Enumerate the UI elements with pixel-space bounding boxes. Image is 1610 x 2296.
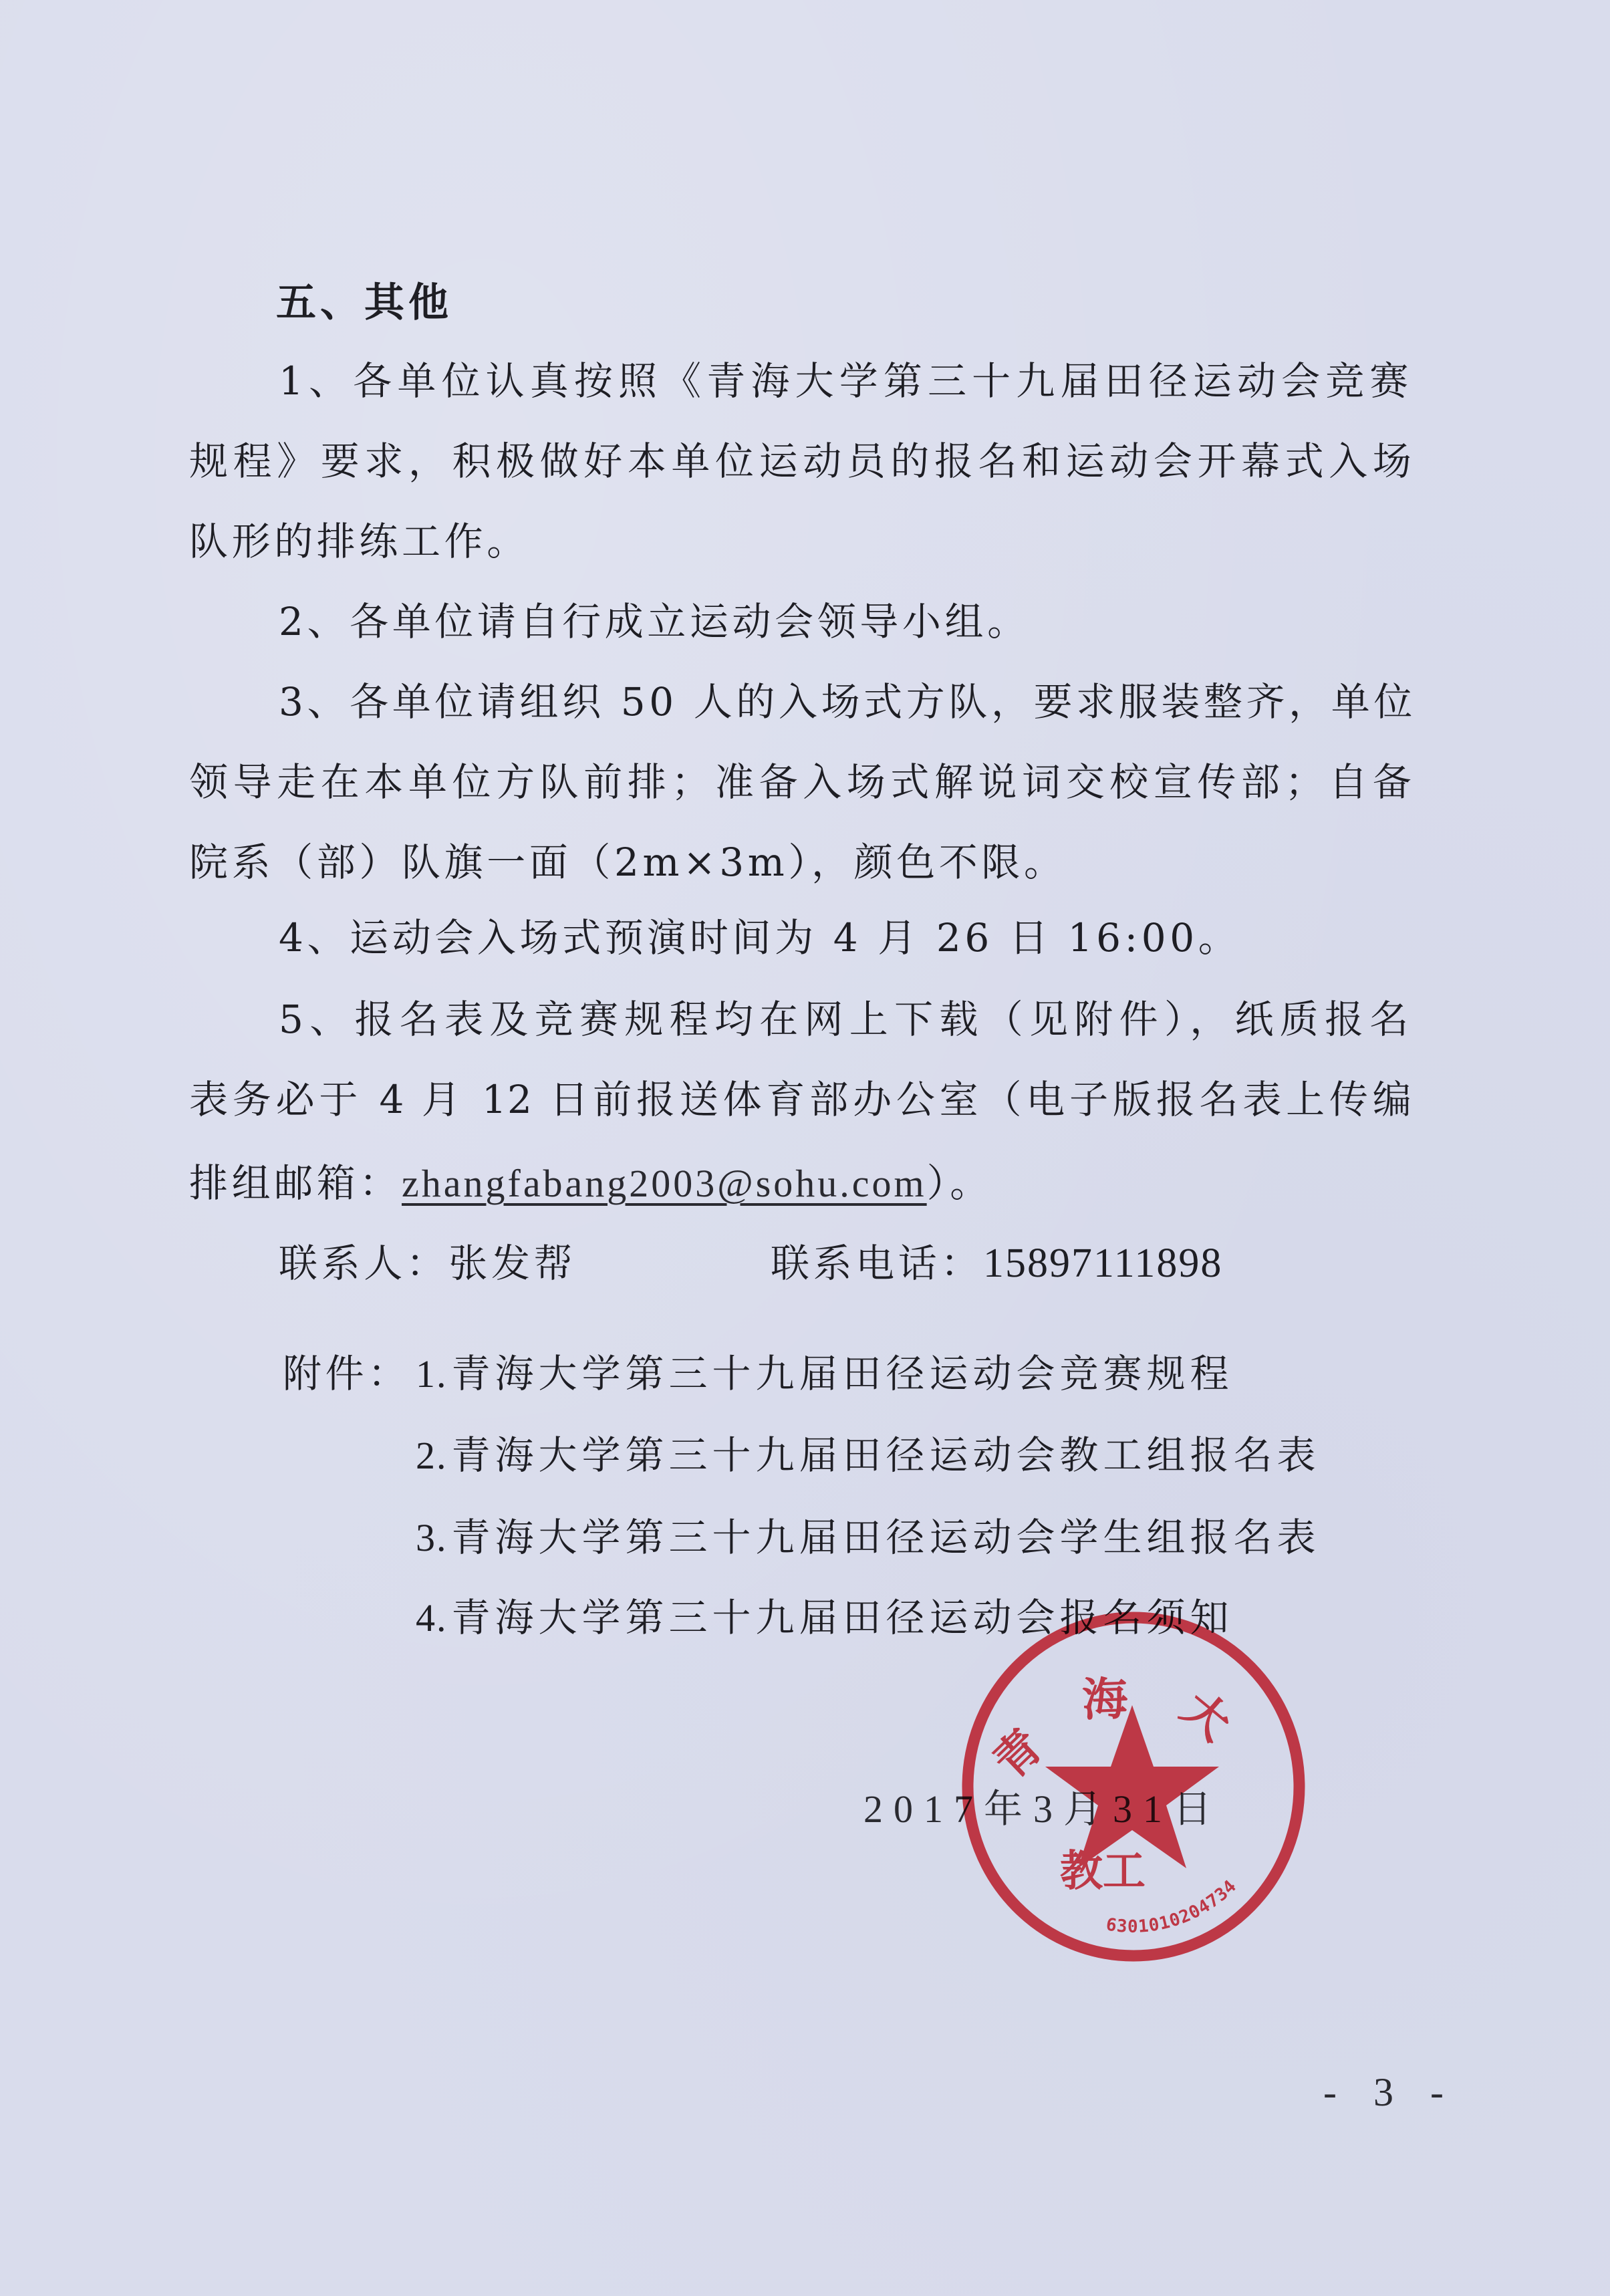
attachment-title: 青海大学第三十九届田径运动会教工组报名表 (452, 1432, 1321, 1478)
attachments-label: 附件： (283, 1333, 410, 1414)
paragraph-5-line-1: 5、报名表及竞赛规程均在网上下载（见附件），纸质报名 (279, 979, 1412, 1059)
attachment-title: 青海大学第三十九届田径运动会竞赛规程 (452, 1351, 1234, 1396)
paragraph-3-line-1: 3、各单位请组织 50 人的入场式方队，要求服装整齐，单位 (279, 662, 1412, 742)
seal-bottom-text: 教工 (1060, 1847, 1146, 1896)
paragraph-5-line-3: 排组邮箱：zhangfabang2003@sohu.com）。 (189, 1143, 992, 1223)
contact-person: 联系人：张发帮 (279, 1223, 576, 1303)
attachment-item-3[interactable]: 3.青海大学第三十九届田径运动会学生组报名表 (416, 1497, 1321, 1577)
paragraph-5-line-2: 表务必于 4 月 12 日前报送体育部办公室（电子版报名表上传编 (189, 1059, 1412, 1140)
contact-phone-label: 联系电话： (771, 1241, 983, 1286)
paragraph-3-line-3: 院系（部）队旗一面（2m×3m），颜色不限。 (189, 822, 1412, 902)
email-label: 排组邮箱： (189, 1160, 402, 1206)
attachment-number: 1. (416, 1352, 448, 1396)
contact-person-label: 联系人： (279, 1223, 448, 1303)
attachment-title: 青海大学第三十九届田径运动会学生组报名表 (452, 1515, 1321, 1560)
paragraph-1-line-3: 队形的排练工作。 (189, 501, 1412, 582)
attachment-item-1[interactable]: 1.青海大学第三十九届田径运动会竞赛规程 (416, 1333, 1234, 1414)
paragraph-1-line-2: 规程》要求，积极做好本单位运动员的报名和运动会开幕式入场 (189, 421, 1412, 501)
paragraph-3-line-2: 领导走在本单位方队前排；准备入场式解说词交校宣传部；自备 (189, 742, 1412, 822)
attachment-item-2[interactable]: 2.青海大学第三十九届田径运动会教工组报名表 (416, 1415, 1321, 1495)
paragraph-2-line-1: 2、各单位请自行成立运动会领导小组。 (279, 582, 1030, 662)
contact-phone-number: 15897111898 (983, 1241, 1222, 1286)
document-page: 五、其他 1、各单位认真按照《青海大学第三十九届田径运动会竞赛 规程》要求，积极… (0, 0, 1610, 2296)
email-suffix: ）。 (927, 1160, 992, 1206)
attachment-number: 4. (416, 1596, 448, 1640)
section-heading: 五、其他 (276, 263, 452, 343)
seal-graphic: 青海大学 教工 6301010204734 (960, 1612, 1307, 1962)
attachment-number: 3. (416, 1516, 448, 1559)
email-link[interactable]: zhangfabang2003@sohu.com (402, 1162, 927, 1205)
contact-phone: 联系电话：15897111898 (771, 1223, 1222, 1303)
contact-person-name: 张发帮 (448, 1223, 576, 1303)
page-number: - 3 - (1323, 2065, 1457, 2119)
official-seal: 青海大学 教工 6301010204734 (960, 1612, 1307, 1962)
paragraph-1-line-1: 1、各单位认真按照《青海大学第三十九届田径运动会竞赛 (279, 341, 1412, 421)
attachment-number: 2. (416, 1434, 448, 1477)
paragraph-4-line-1: 4、运动会入场式预演时间为 4 月 26 日 16:00。 (279, 898, 1240, 978)
